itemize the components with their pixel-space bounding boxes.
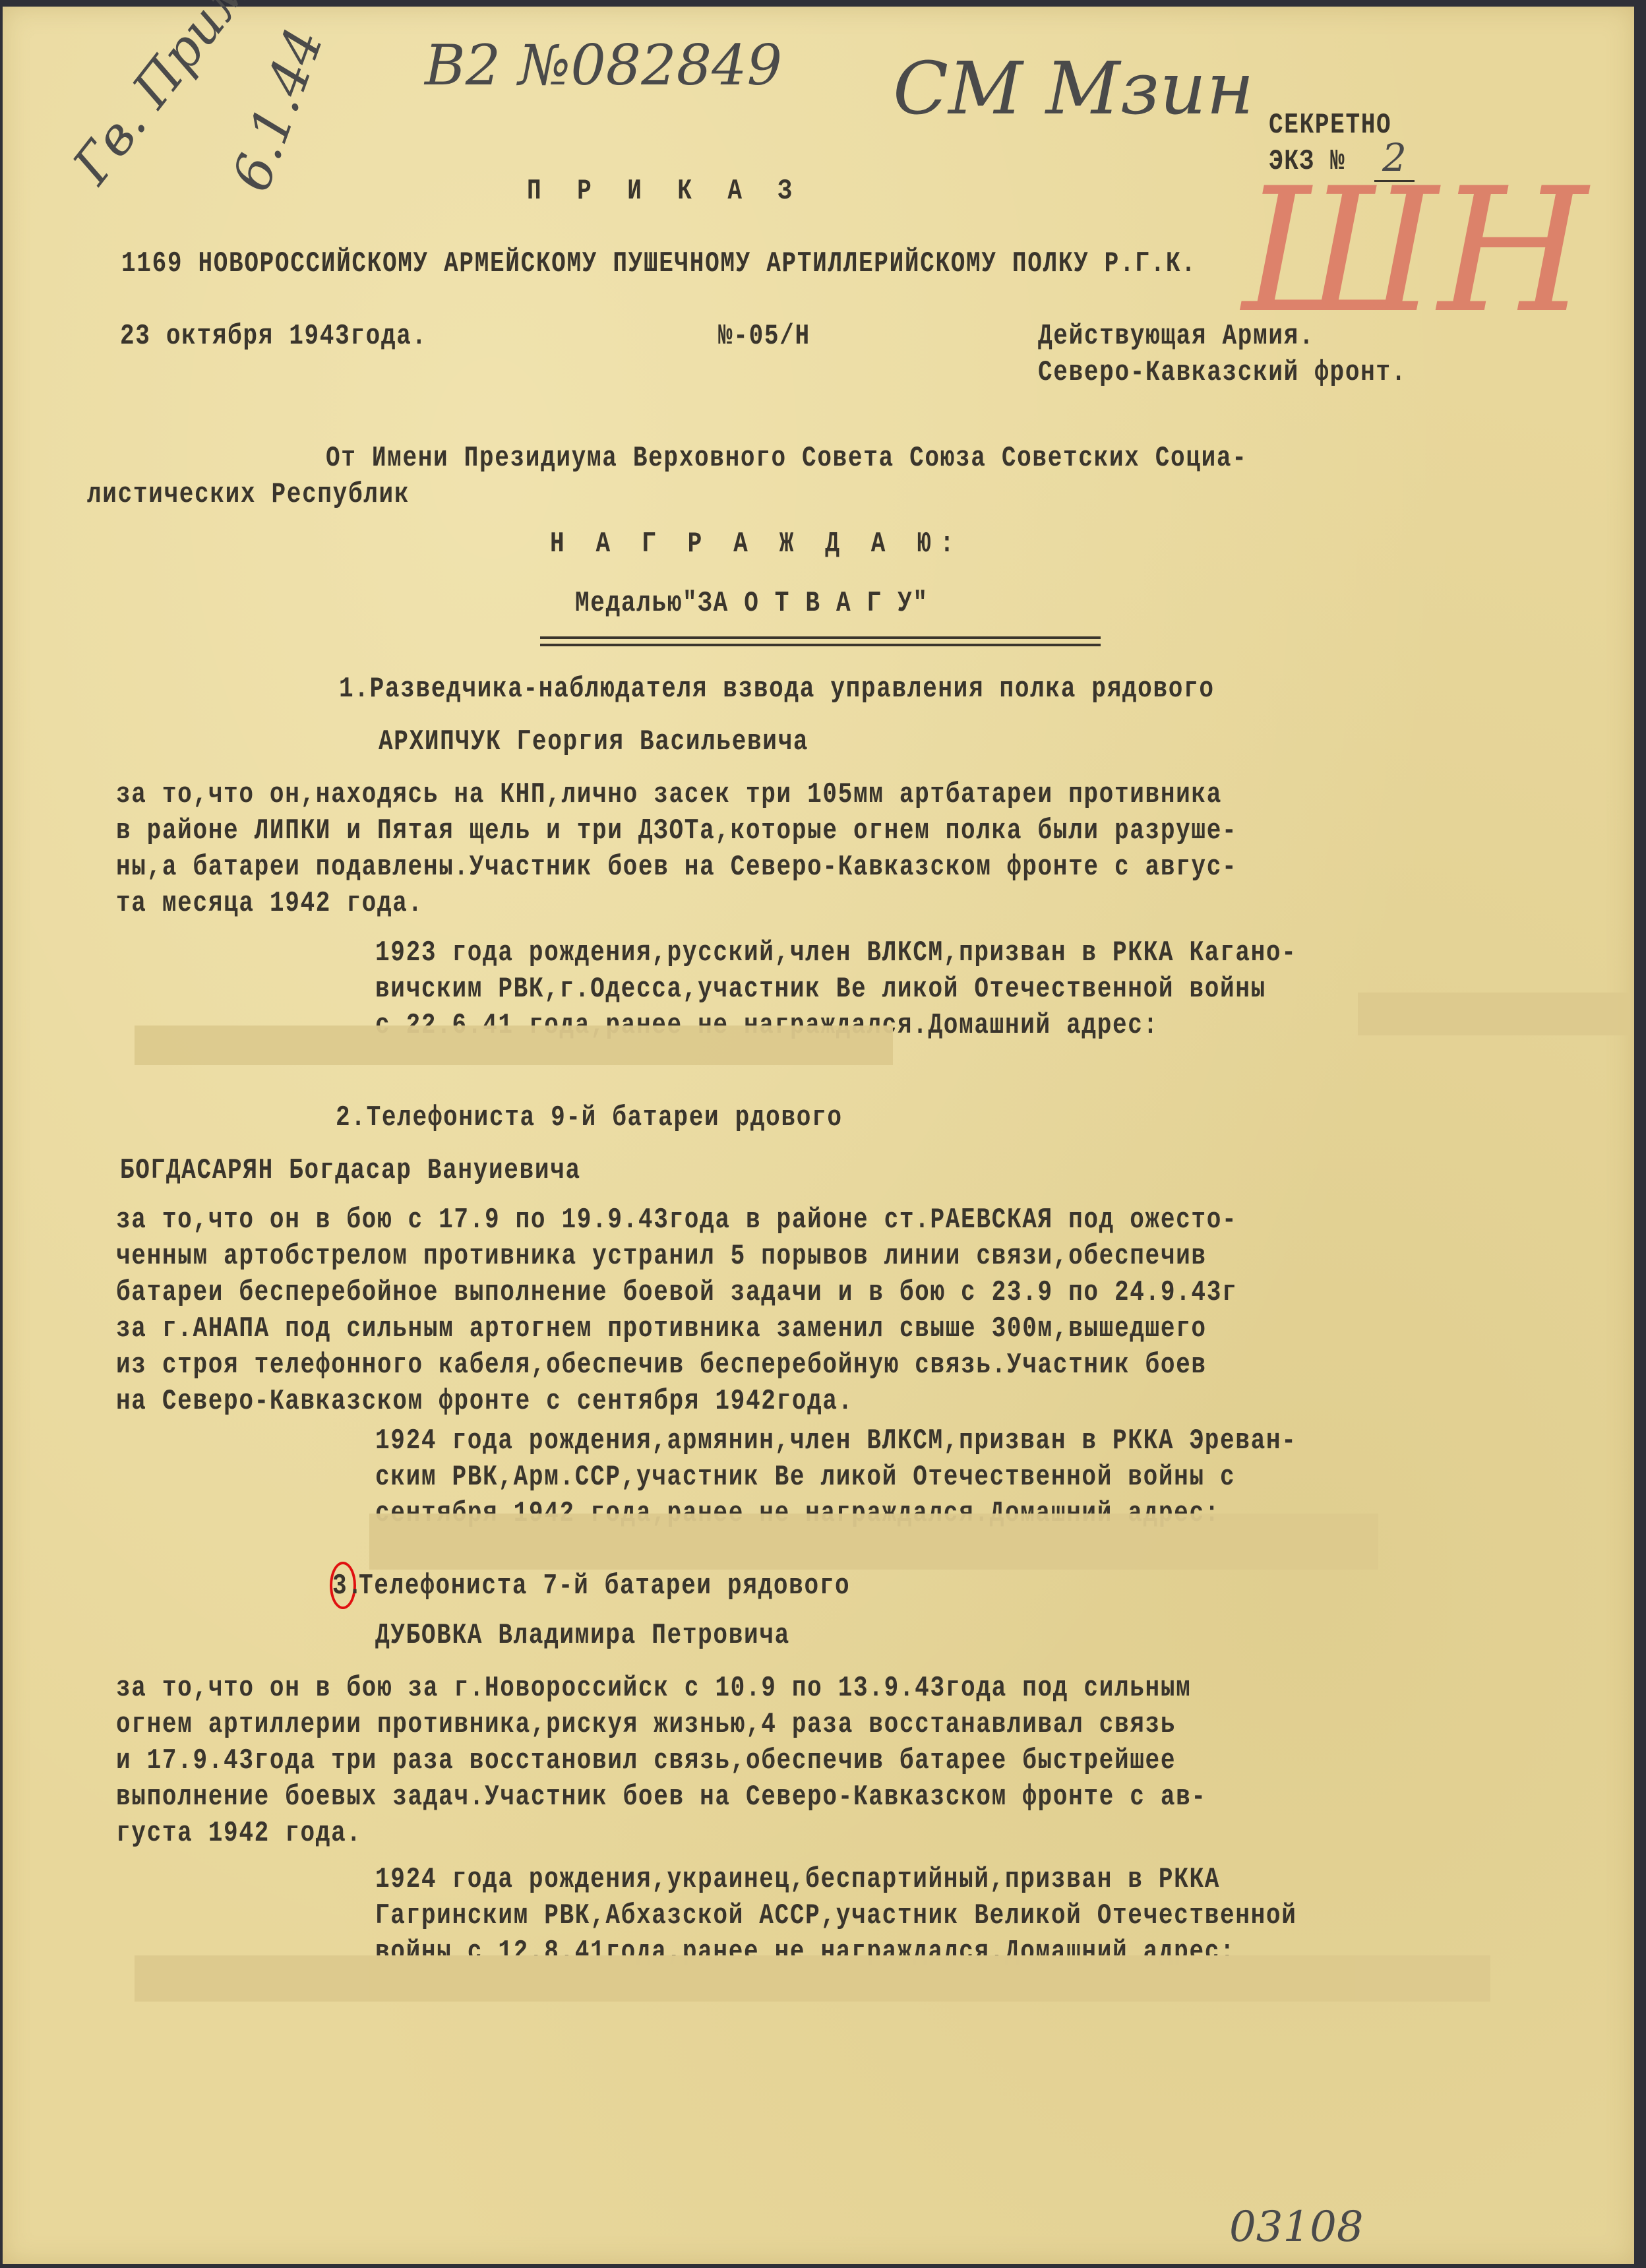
- awardee-2-citation-1: за то,что он в бою с 17.9 по 19.9.43года…: [116, 1204, 1237, 1237]
- awardee-1-position: 1.Разведчика-наблюдателя взвода управлен…: [339, 673, 1215, 706]
- redacted-address-1: [1358, 993, 1631, 1035]
- awardee-3-bio-2: Гагринским РВК,Абхазской АССР,участник В…: [375, 1899, 1296, 1932]
- awardee-3-citation-1: за то,что он в бою за г.Новороссийск с 1…: [116, 1672, 1191, 1705]
- location-army: Действующая Армия.: [1038, 320, 1314, 353]
- location-front: Северо-Кавказский фронт.: [1038, 356, 1407, 389]
- preamble-line-2: листических Республик: [87, 478, 410, 511]
- awardee-3-citation-5: густа 1942 года.: [116, 1817, 362, 1850]
- awardee-1-citation-1: за то,что он,находясь на КНП,лично засек…: [116, 778, 1222, 811]
- awardee-3-citation-2: огнем артиллерии противника,рискуя жизнь…: [116, 1708, 1176, 1741]
- awardee-1-name: АРХИПЧУК Георгия Васильевича: [379, 725, 808, 758]
- signature: СМ Мзин: [893, 46, 1254, 131]
- awardee-2-citation-2: ченным артобстрелом противника устранил …: [116, 1240, 1207, 1273]
- awardee-2-bio-1: 1924 года рождения,армянин,член ВЛКСМ,пр…: [375, 1425, 1296, 1457]
- awardee-1-citation-4: та месяца 1942 года.: [116, 887, 423, 920]
- awardee-2-citation-5: из строя телефонного кабеля,обеспечив бе…: [116, 1349, 1207, 1382]
- awardee-1-bio-1: 1923 года рождения,русский,член ВЛКСМ,пр…: [375, 936, 1296, 969]
- medal-name: Медалью"ЗА О Т В А Г У": [575, 587, 929, 620]
- document-title: П Р И К А З: [527, 175, 803, 208]
- awardee-1-bio-2: вичским РВК,г.Одесса,участник Ве ликой О…: [375, 973, 1266, 1006]
- awardee-2-citation-4: за г.АНАПА под сильным артогнем противни…: [116, 1312, 1207, 1345]
- order-number: №-05/Н: [718, 320, 810, 353]
- registry-number: В2 №082849: [425, 33, 782, 98]
- awardee-2-bio-2: ским РВК,Арм.ССР,участник Ве ликой Отече…: [375, 1461, 1235, 1494]
- redacted-address-3: [369, 1955, 1490, 2002]
- order-date: 23 октября 1943года.: [120, 320, 427, 353]
- awardee-3-position: Телефониста 7-й батареи рядового: [359, 1570, 850, 1603]
- unit-name: 1169 НОВОРОССИЙСКОМУ АРМЕЙСКОМУ ПУШЕЧНОМ…: [121, 247, 1196, 280]
- awardee-2-position: 2.Телефониста 9-й батареи рдового: [336, 1101, 843, 1134]
- awardee-1-citation-3: ны,а батареи подавлены.Участник боев на …: [116, 851, 1237, 884]
- copy-number: 2: [1374, 135, 1415, 182]
- awardee-2-citation-3: батареи бесперебойное выполнение боевой …: [116, 1276, 1237, 1309]
- awardee-3-name: ДУБОВКА Владимира Петровича: [375, 1619, 790, 1652]
- copy-label: ЭКЗ №: [1269, 145, 1345, 178]
- awardee-2-citation-6: на Северо-Кавказском фронте с сентября 1…: [116, 1385, 853, 1418]
- awardee-3-citation-4: выполнение боевых задач.Участник боев на…: [116, 1781, 1207, 1814]
- awardee-3-bio-1: 1924 года рождения,украинец,беспартийный…: [375, 1863, 1220, 1896]
- handwritten-date: 6.1.44: [220, 20, 335, 199]
- redacted-address-2: [369, 1514, 1378, 1570]
- awardee-2-name: БОГДАСАРЯН Богдасар Вануиевича: [120, 1154, 581, 1187]
- document-page: Гв. Прим. Арм 6.1.44 В2 №082849 СМ Мзин …: [3, 7, 1634, 2264]
- awardee-1-citation-2: в районе ЛИПКИ и Пятая щель и три ДЗОТа,…: [116, 814, 1237, 847]
- double-rule: [540, 636, 1101, 639]
- awardee-3-citation-3: и 17.9.43года три раза восстановил связь…: [116, 1744, 1176, 1777]
- redacted-address-1: [135, 1026, 893, 1065]
- preamble-line-1: От Имени Президиума Верховного Совета Со…: [326, 442, 1247, 475]
- double-rule: [540, 644, 1101, 646]
- secrecy-stamp: СЕКРЕТНО: [1269, 109, 1391, 142]
- archive-number: 03108: [1229, 2203, 1364, 2252]
- award-heading: Н А Г Р А Ж Д А Ю:: [550, 528, 963, 561]
